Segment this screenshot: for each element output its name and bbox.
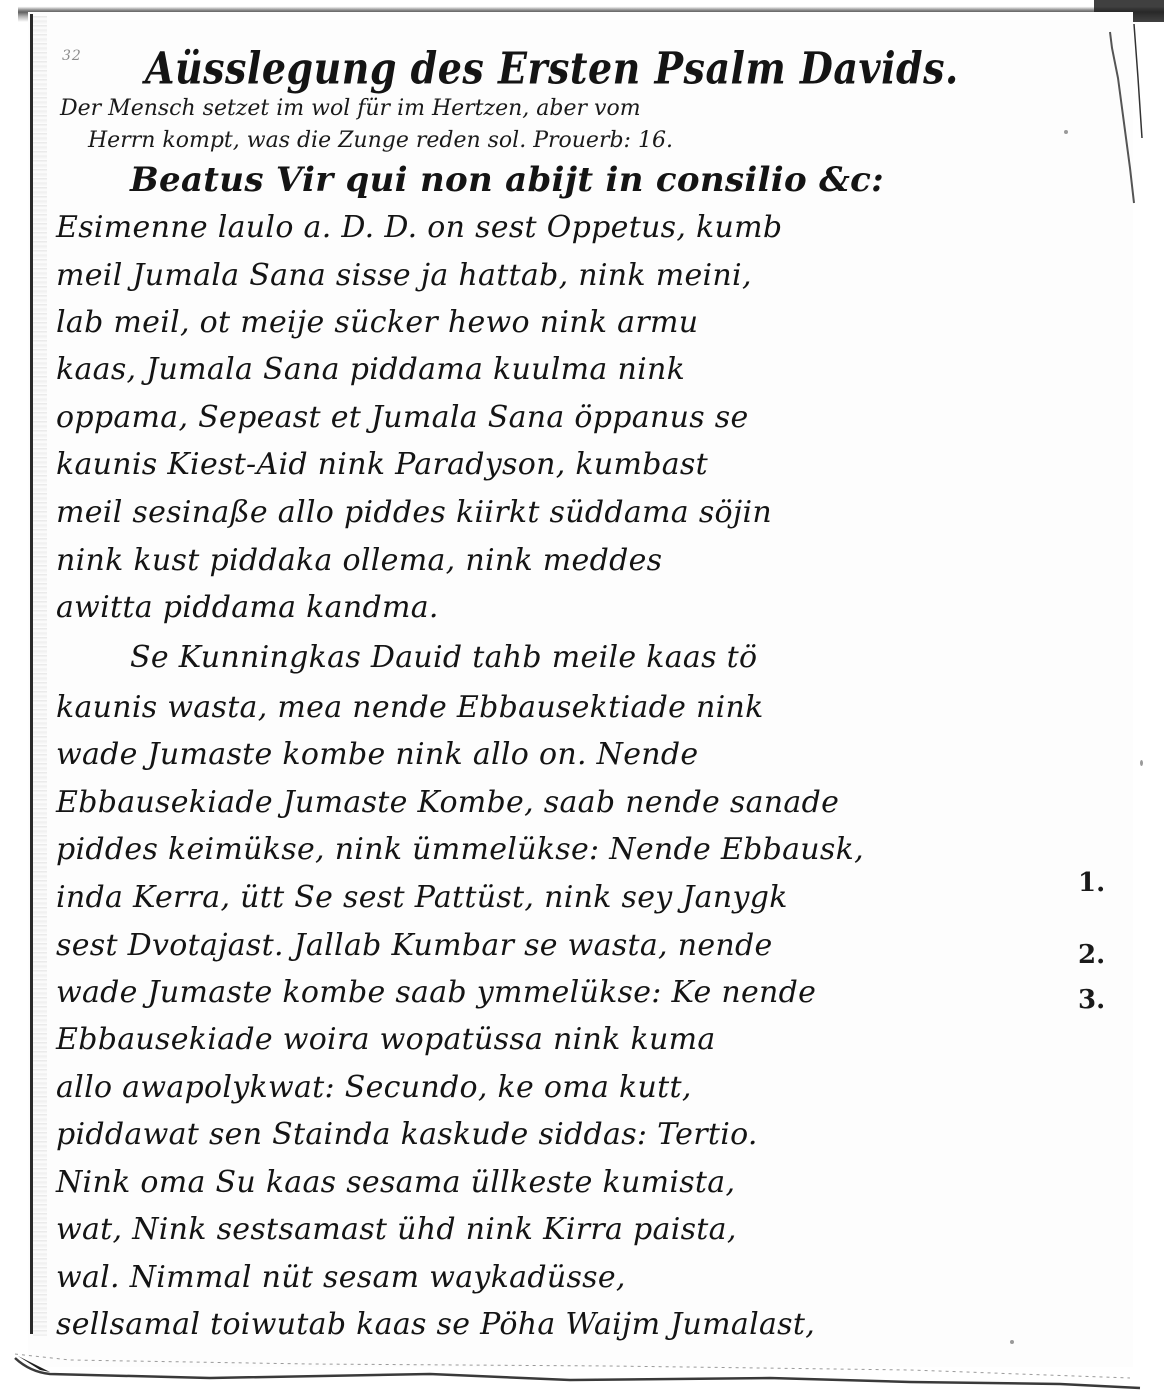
page-number: 32 [62, 48, 82, 64]
text-line: awitta piddama kandma. [56, 590, 439, 625]
text-line: piddawat sen Stainda kaskude siddas: Ter… [56, 1117, 758, 1152]
text-line: sellsamal toiwutab kaas se Pöha Waijm Ju… [56, 1307, 815, 1342]
ragged-bottom-edge [10, 1350, 1160, 1390]
text-line: meil sesinaße allo piddes kiirkt süddama… [56, 495, 772, 530]
text-line: meil Jumala Sana sisse ja hattab, nink m… [56, 258, 752, 293]
left-border-texture [33, 16, 47, 1336]
text-line: kaunis Kiest-Aid nink Paradyson, kumbast [56, 447, 708, 482]
torn-right-edge [1108, 18, 1148, 218]
ink-speck [1140, 760, 1143, 766]
text-line: kaunis wasta, mea nende Ebbausektiade ni… [56, 690, 764, 725]
text-line: Nink oma Su kaas sesama üllkeste kumista… [56, 1165, 735, 1200]
text-line: nink kust piddaka ollema, nink meddes [56, 543, 662, 578]
text-line: kaas, Jumala Sana piddama kuulma nink [56, 352, 685, 387]
text-line: Ebbausekiade woira wopatüssa nink kuma [56, 1022, 716, 1057]
ink-speck [1064, 130, 1068, 134]
text-line: piddes keimükse, nink ümmelükse: Nende E… [56, 832, 864, 867]
incipit-line: Beatus Vir qui non abijt in consilio &c: [130, 160, 884, 200]
margin-number-3: 3. [1078, 985, 1105, 1015]
text-line: wade Jumaste kombe nink allo on. Nende [56, 737, 698, 772]
text-line: wade Jumaste kombe saab ymmelükse: Ke ne… [56, 975, 816, 1010]
text-line: inda Kerra, ütt Se sest Pattüst, nink se… [56, 880, 788, 915]
text-line: wat, Nink sestsamast ühd nink Kirra pais… [56, 1212, 737, 1247]
text-line: Ebbausekiade Jumaste Kombe, saab nende s… [56, 785, 839, 820]
margin-number-2: 2. [1078, 940, 1105, 970]
epigraph-line-2: Herrn kompt, was die Zunge reden sol. Pr… [88, 128, 673, 153]
ink-speck [1010, 1340, 1014, 1344]
text-line: sest Dvotajast. Jallab Kumbar se wasta, … [56, 928, 773, 963]
text-line: Esimenne laulo a. D. D. on sest Oppetus,… [56, 210, 782, 245]
paragraph-start-line: Se Kunningkas Dauid tahb meile kaas tö [130, 640, 757, 675]
text-line: wal. Nimmal nüt sesam waykadüsse, [56, 1260, 626, 1295]
text-line: allo awapolykwat: Secundo, ke oma kutt, [56, 1070, 692, 1105]
margin-number-1: 1. [1078, 868, 1105, 898]
page-title: Aüsslegung des Ersten Psalm Davids. [145, 42, 959, 94]
text-line: oppama, Sepeast et Jumala Sana öppanus s… [56, 400, 749, 435]
text-line: lab meil, ot meije sücker hewo nink armu [56, 305, 698, 340]
epigraph-line-1: Der Mensch setzet im wol für im Hertzen,… [60, 96, 641, 121]
